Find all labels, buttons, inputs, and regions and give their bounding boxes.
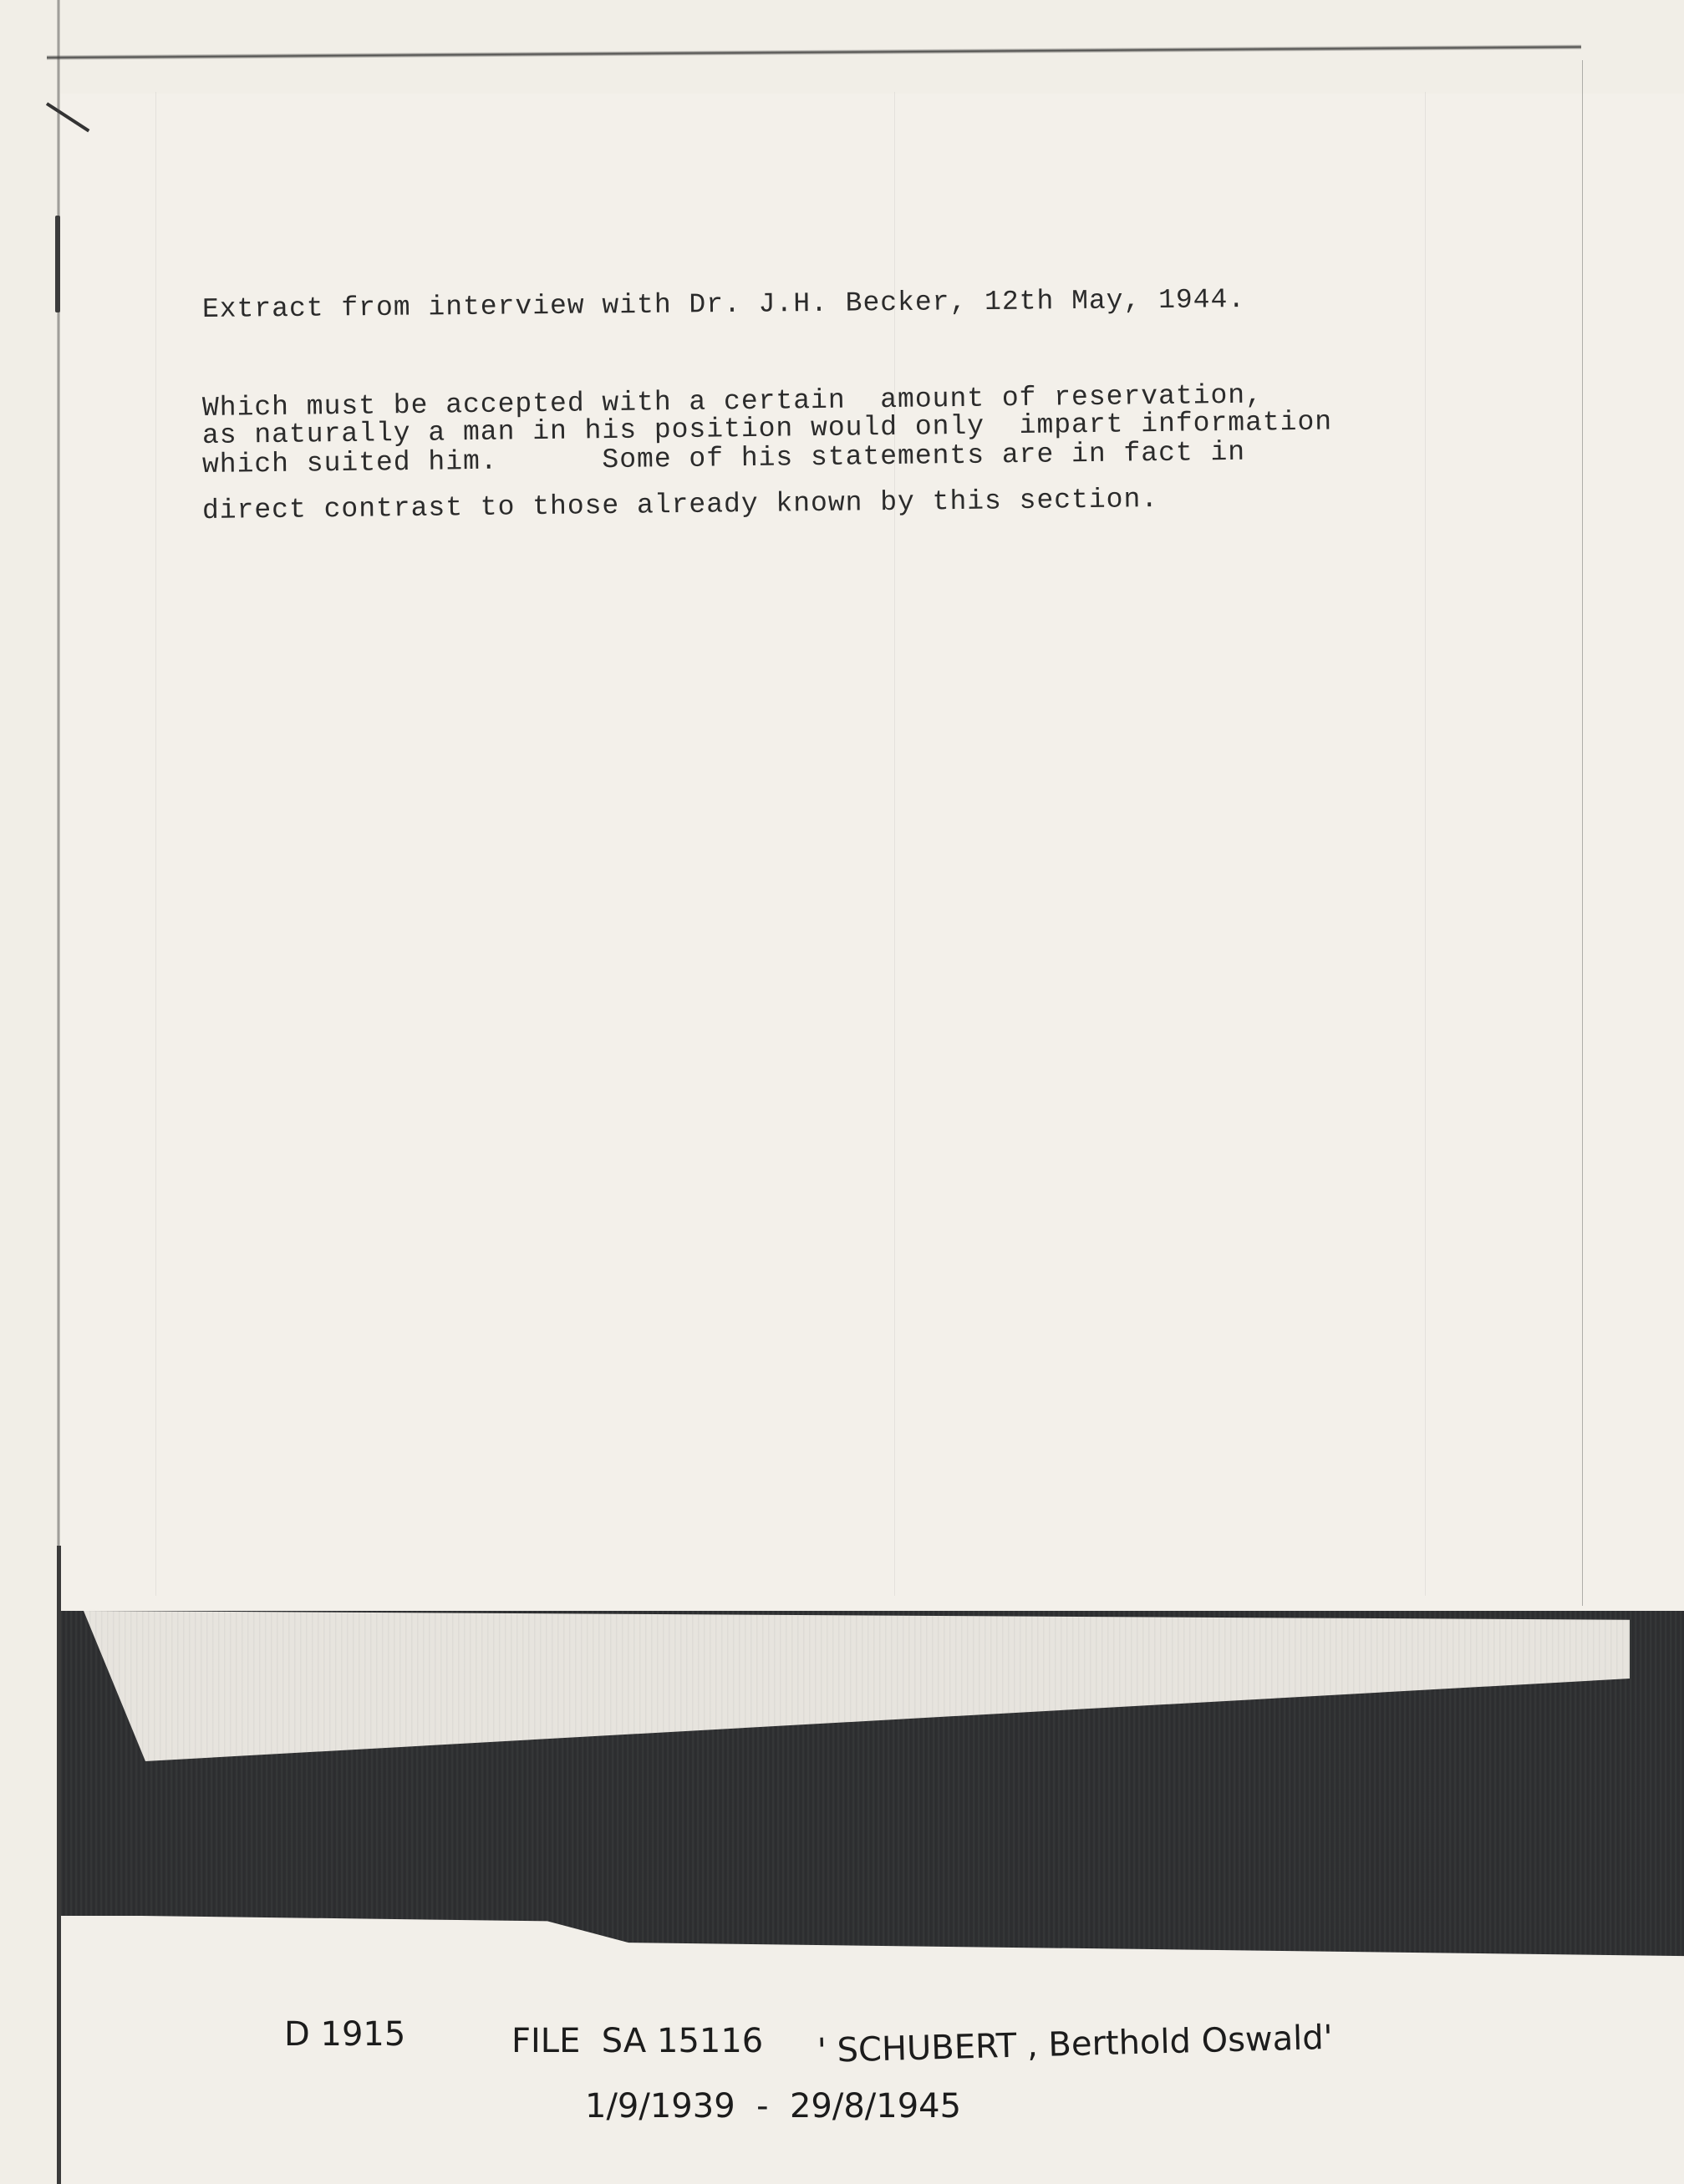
binding-edge-dark — [57, 1546, 61, 2184]
page-right-edge — [1582, 60, 1583, 1606]
handwritten-date-range: 1/9/1939 - 29/8/1945 — [585, 2087, 961, 2126]
scan-streak — [1425, 92, 1426, 1596]
scan-streak — [155, 92, 156, 1596]
handwritten-reference: D 1915 — [284, 2015, 405, 2054]
handwritten-file-number: FILE SA 15116 — [511, 2022, 763, 2060]
